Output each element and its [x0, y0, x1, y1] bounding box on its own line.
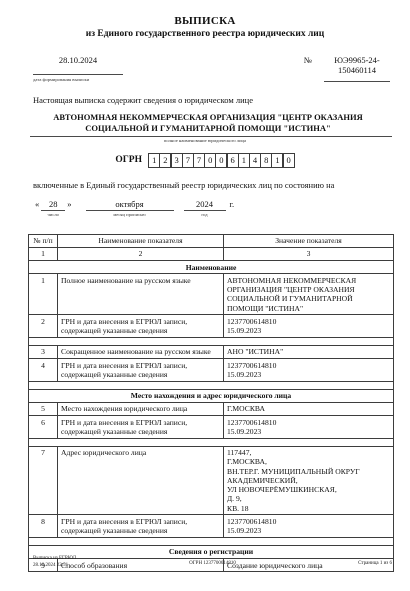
document-subtitle: из Единого государственного реестра юрид… [0, 29, 410, 39]
extract-number-underline: ЮЭ9965-24-150460114 [324, 55, 390, 82]
table-section-row: Наименование [29, 261, 394, 274]
intro-line: Настоящая выписка содержит сведения о юр… [33, 95, 377, 105]
num-cell: 8 [29, 515, 58, 538]
table-spacer-row [29, 381, 394, 389]
ogrn-digit-box: 7 [193, 153, 205, 168]
table-header-row: № п/п Наименование показателя Значение п… [29, 234, 394, 247]
table-spacer-row [29, 438, 394, 446]
spacer-cell [29, 337, 394, 345]
col-number-2: 2 [58, 247, 224, 260]
table-data-row: 6ГРН и дата внесения в ЕГРЮЛ записи, сод… [29, 416, 394, 439]
ogrn-digit-box: 0 [215, 153, 227, 168]
num-cell: 5 [29, 402, 58, 415]
table-data-row: 4ГРН и дата внесения в ЕГРЮЛ записи, сод… [29, 359, 394, 382]
ogrn-row: ОГРН 1237700614810 [0, 153, 410, 168]
organization-full-name: АВТОНОМНАЯ НЕКОММЕРЧЕСКАЯ ОРГАНИЗАЦИЯ "Ц… [48, 112, 368, 133]
ogrn-digit-box: 0 [204, 153, 216, 168]
formation-date-caption: дата формирования выписки [33, 77, 123, 82]
month-unit: октября месяц прописью [86, 199, 174, 217]
table-number-row: 1 2 3 [29, 247, 394, 260]
name-cell: ГРН и дата внесения в ЕГРЮЛ записи, соде… [58, 515, 224, 538]
month-caption: месяц прописью [86, 212, 174, 217]
spacer-cell [29, 381, 394, 389]
year-suffix: г. [230, 199, 235, 209]
day-value: 28 [41, 199, 65, 211]
extract-number-block: № ЮЭ9965-24-150460114 [304, 55, 390, 82]
table-data-row: 5Место нахождения юридического лицаГ.МОС… [29, 402, 394, 415]
organization-name-caption: полное наименование юридического лица [0, 138, 410, 143]
ogrn-digit-box: 4 [249, 153, 261, 168]
value-cell: 1237700614810 15.09.2023 [224, 315, 394, 338]
spacer-cell [29, 438, 394, 446]
number-sign: № [304, 55, 312, 65]
col-header-name: Наименование показателя [58, 234, 224, 247]
value-cell: Г.МОСКВА [224, 402, 394, 415]
year-unit: 2024 год [184, 199, 226, 217]
formation-date: 28.10.2024 [33, 55, 123, 65]
egrul-table: № п/п Наименование показателя Значение п… [28, 234, 394, 573]
col-header-value: Значение показателя [224, 234, 394, 247]
value-cell: 1237700614810 15.09.2023 [224, 515, 394, 538]
year-value: 2024 [184, 199, 226, 211]
col-number-1: 1 [29, 247, 58, 260]
meta-row: 28.10.2024 дата формирования выписки № Ю… [33, 55, 390, 82]
table-data-row: 2ГРН и дата внесения в ЕГРЮЛ записи, сод… [29, 315, 394, 338]
formation-date-block: 28.10.2024 дата формирования выписки [33, 55, 123, 82]
table-spacer-row [29, 337, 394, 345]
day-unit: 28 число [41, 199, 65, 217]
name-cell: Место нахождения юридического лица [58, 402, 224, 415]
num-cell: 6 [29, 416, 58, 439]
name-cell: Адрес юридического лица [58, 446, 224, 515]
month-value: октября [86, 199, 174, 211]
name-cell: ГРН и дата внесения в ЕГРЮЛ записи, соде… [58, 359, 224, 382]
organization-name-underline [30, 136, 392, 137]
year-caption: год [184, 212, 226, 217]
table-data-row: 3Сокращенное наименование на русском язы… [29, 345, 394, 358]
section-label: Место нахождения и адрес юридического ли… [29, 389, 394, 402]
extract-number: ЮЭ9965-24-150460114 [324, 55, 390, 75]
ogrn-digit-boxes: 1237700614810 [149, 153, 295, 168]
ogrn-digit-box: 8 [260, 153, 272, 168]
page-footer: Выписка из ЕГРЮЛ 28.10.2024 22:51 ОГРН 1… [33, 556, 392, 570]
value-cell: 1237700614810 15.09.2023 [224, 416, 394, 439]
num-cell: 2 [29, 315, 58, 338]
spacer-cell [29, 537, 394, 545]
ogrn-digit-box: 3 [171, 153, 183, 168]
table-data-row: 7Адрес юридического лица117447, Г.МОСКВА… [29, 446, 394, 515]
value-cell: 1237700614810 15.09.2023 [224, 359, 394, 382]
ogrn-digit-box: 1 [148, 153, 160, 168]
num-cell: 1 [29, 274, 58, 315]
value-cell: 117447, Г.МОСКВА, ВН.ТЕР.Г. МУНИЦИПАЛЬНЫ… [224, 446, 394, 515]
ogrn-digit-box: 1 [271, 153, 283, 168]
value-cell: АНО "ИСТИНА" [224, 345, 394, 358]
as-of-line: включенные в Единый государственный реес… [33, 180, 377, 190]
name-cell: ГРН и дата внесения в ЕГРЮЛ записи, соде… [58, 416, 224, 439]
name-cell: Полное наименование на русском языке [58, 274, 224, 315]
egrul-extract-page: ВЫПИСКА из Единого государственного реес… [0, 0, 410, 591]
ogrn-digit-box: 0 [283, 153, 295, 168]
ogrn-digit-box: 2 [159, 153, 171, 168]
day-caption: число [41, 212, 65, 217]
num-cell: 3 [29, 345, 58, 358]
num-cell: 7 [29, 446, 58, 515]
as-of-date-row: « 28 число » октября месяц прописью 2024… [33, 199, 410, 217]
close-quote: » [67, 199, 71, 209]
ogrn-label: ОГРН [115, 155, 142, 165]
name-cell: Сокращенное наименование на русском язык… [58, 345, 224, 358]
table-section-row: Место нахождения и адрес юридического ли… [29, 389, 394, 402]
table-spacer-row [29, 537, 394, 545]
open-quote: « [35, 199, 39, 209]
col-header-num: № п/п [29, 234, 58, 247]
table-data-row: 1Полное наименование на русском языкеАВТ… [29, 274, 394, 315]
document-title: ВЫПИСКА [0, 0, 410, 27]
col-number-3: 3 [224, 247, 394, 260]
ogrn-digit-box: 6 [227, 153, 239, 168]
egrul-table-body: Наименование1Полное наименование на русс… [29, 261, 394, 572]
table-data-row: 8ГРН и дата внесения в ЕГРЮЛ записи, сод… [29, 515, 394, 538]
footer-ogrn: ОГРН 1237700614810 [33, 561, 392, 568]
value-cell: АВТОНОМНАЯ НЕКОММЕРЧЕСКАЯ ОРГАНИЗАЦИЯ "Ц… [224, 274, 394, 315]
ogrn-digit-box: 1 [238, 153, 250, 168]
section-label: Наименование [29, 261, 394, 274]
name-cell: ГРН и дата внесения в ЕГРЮЛ записи, соде… [58, 315, 224, 338]
formation-date-underline [33, 74, 123, 75]
ogrn-digit-box: 7 [182, 153, 194, 168]
num-cell: 4 [29, 359, 58, 382]
